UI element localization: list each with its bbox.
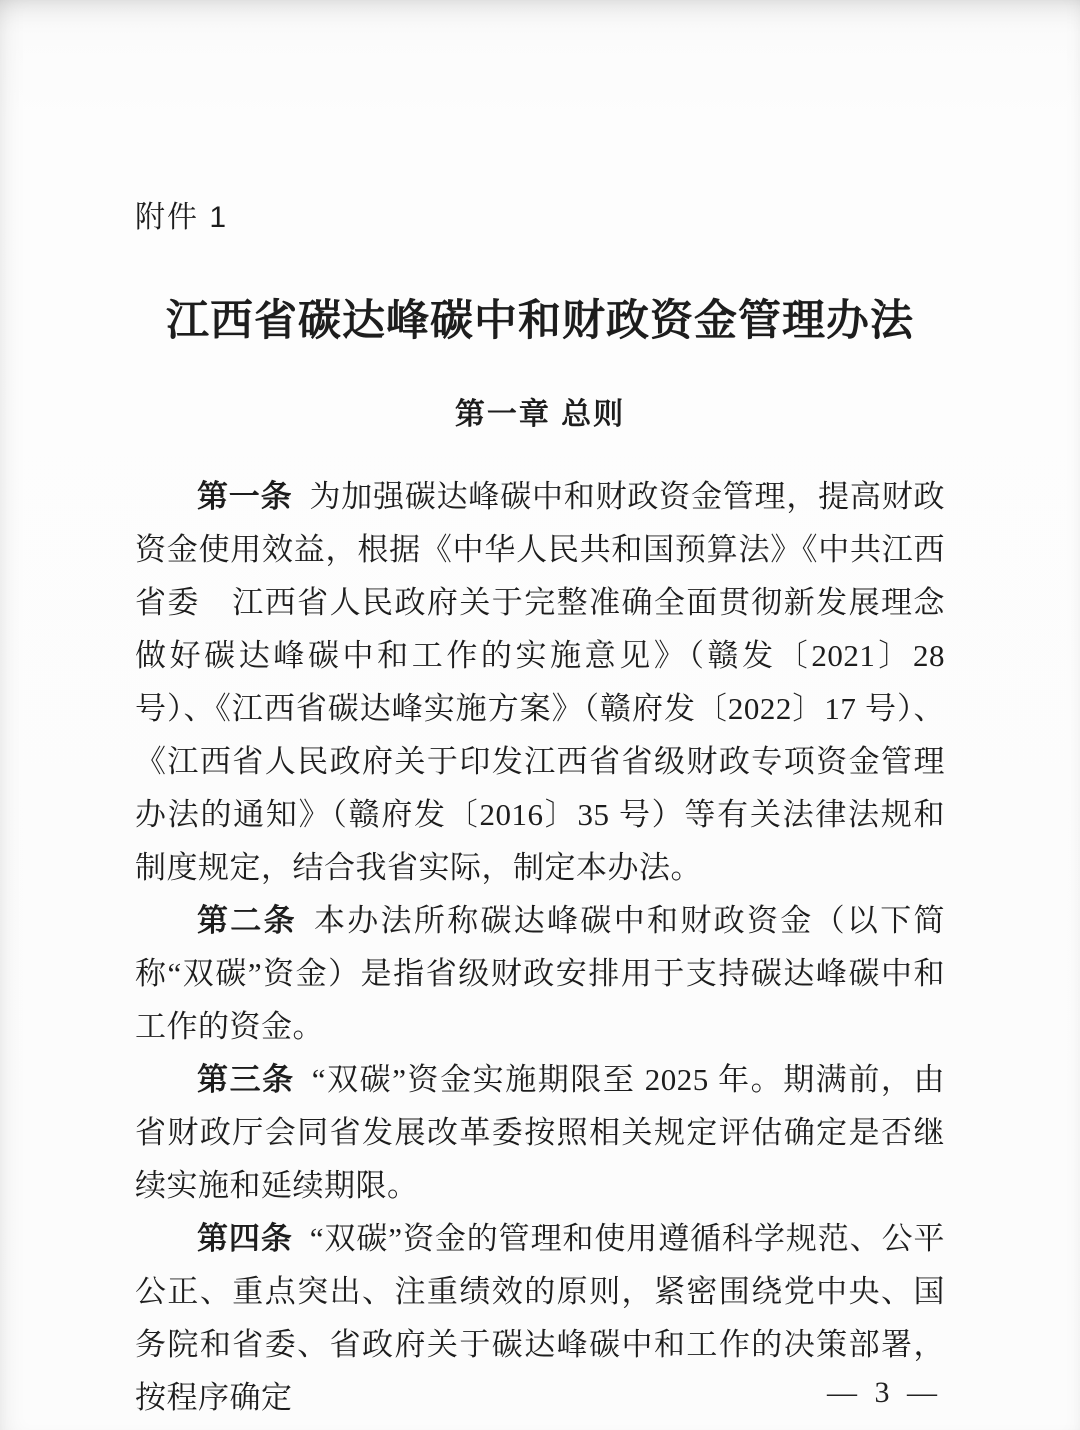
article-text: 为加强碳达峰碳中和财政资金管理，提高财政资金使用效益，根据《中华人民共和国预算法… [135,479,945,885]
document-title: 江西省碳达峰碳中和财政资金管理办法 [135,294,945,350]
article-paragraph: 第四条“双碳”资金的管理和使用遵循科学规范、公平公正、重点突出、注重绩效的原则，… [135,1212,945,1424]
article-paragraph: 第二条本办法所称碳达峰碳中和财政资金（以下简称“双碳”资金）是指省级财政安排用于… [135,894,945,1053]
article-paragraph: 第一条为加强碳达峰碳中和财政资金管理，提高财政资金使用效益，根据《中华人民共和国… [135,470,945,894]
article-number-label: 第一条 [197,479,292,514]
article-number-label: 第三条 [197,1062,295,1097]
articles-container: 第一条为加强碳达峰碳中和财政资金管理，提高财政资金使用效益，根据《中华人民共和国… [135,470,945,1424]
attachment-label: 附件 1 [135,198,945,238]
article-number-label: 第四条 [197,1221,293,1256]
article-paragraph: 第三条“双碳”资金实施期限至 2025 年。期满前，由省财政厅会同省发展改革委按… [135,1053,945,1212]
page-number: — 3 — [827,1376,942,1410]
article-number-label: 第二条 [197,903,297,938]
document-page: 附件 1 江西省碳达峰碳中和财政资金管理办法 第一章 总则 第一条为加强碳达峰碳… [0,0,1080,1430]
chapter-heading: 第一章 总则 [135,394,945,436]
